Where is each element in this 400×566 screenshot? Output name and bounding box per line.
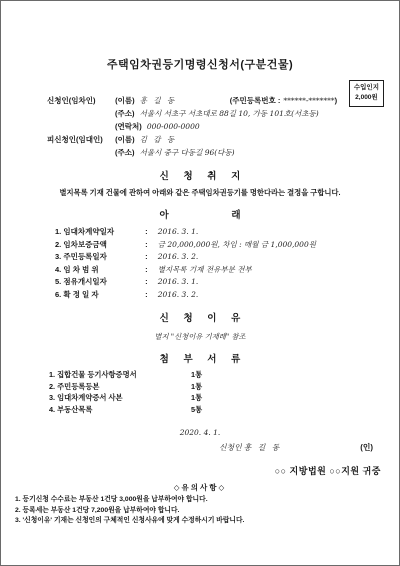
- note-item: 2. 등록세는 부동산 1건당 7,200원을 납부하여야 합니다.: [15, 506, 385, 517]
- respondent-role-label: 피신청인(임대인): [47, 133, 113, 146]
- respondent-address-value: 서울시 중구 다동길 96(다동): [140, 148, 235, 157]
- detail-colon: :: [145, 240, 148, 249]
- applicant-name-value: 홍 길 동: [140, 94, 202, 107]
- attachment-label: 1. 집합건물 등기사항증명서: [49, 369, 189, 381]
- signature-date: 2020. 4. 1.: [1, 428, 399, 437]
- attachments-heading-row: 첨 부 서 류: [1, 351, 399, 365]
- detail-label: 3. 주민등록일자: [55, 251, 143, 264]
- respondent-name-value: 김 갑 동: [140, 133, 202, 146]
- detail-value: 별지목록 기재 전유부분 전부: [158, 265, 252, 274]
- seal-mark: (인): [360, 442, 373, 453]
- applicant-id-label: (주민등록번호 :: [230, 96, 281, 105]
- detail-label: 6. 확 정 일 자: [55, 289, 143, 302]
- respondent-address-row: (주소) 서울시 중구 다동길 96(다동): [115, 146, 399, 159]
- detail-row-lease-scope: 4. 임 차 범 위 : 별지목록 기재 전유부분 전부: [55, 264, 399, 277]
- note-item: 1. 등기신청 수수료는 부동산 1건당 3,000원을 납부하여야 합니다.: [15, 495, 385, 506]
- stamp-amount: 2,000원: [354, 93, 379, 103]
- detail-colon: :: [145, 265, 148, 274]
- applicant-id-close: ): [335, 96, 338, 105]
- document-title: 주택임차권등기명령신청서(구분건물): [1, 1, 399, 72]
- reason-body: 별지 "신청이유 기재례" 참조: [1, 332, 399, 342]
- detail-colon: :: [145, 227, 148, 236]
- applicant-id-group: (주민등록번호 :******-*******): [230, 96, 340, 105]
- court-address-line: ○○ 지방법원 ○○지원 귀중: [1, 464, 399, 477]
- reason-heading: 신 청 이 유: [154, 313, 247, 324]
- attachment-label: 3. 임대차계약증서 사본: [49, 392, 189, 404]
- notes-list: 1. 등기신청 수수료는 부동산 1건당 3,000원을 납부하여야 합니다. …: [15, 495, 385, 527]
- applicant-address-row: (주소) 서울시 서초구 서초대로 88길 10, 가동 101호(서초동): [115, 107, 399, 120]
- application-form-page: 주택임차권등기명령신청서(구분건물) 수입인지 2,000원 신청인(임차인) …: [0, 0, 400, 566]
- attachments-list: 1. 집합건물 등기사항증명서 1통 2. 주민등록등본 1통 3. 임대차계약…: [49, 369, 399, 415]
- signature-applicant-name: 홍 길 동: [244, 443, 282, 452]
- note-item: 3. '신청이유' 기재는 신청인의 구체적인 신청사유에 맞게 수정하시기 바…: [15, 516, 385, 527]
- details-list: 1. 임대차계약일자 : 2016. 3. 1. 2. 임차보증금액 : 금 2…: [55, 226, 399, 301]
- attachment-count: 1통: [191, 393, 202, 402]
- applicant-contact-label: (연락처): [115, 122, 142, 131]
- attachments-heading: 첨 부 서 류: [154, 354, 247, 365]
- parties-section: 신청인(임차인) (이름) 홍 길 동 (주민등록번호 :******-****…: [47, 94, 399, 159]
- attachment-count: 1통: [191, 370, 202, 379]
- detail-label: 1. 임대차계약일자: [55, 226, 143, 239]
- purpose-heading: 신 청 취 지: [154, 171, 247, 182]
- attachment-row: 1. 집합건물 등기사항증명서 1통: [49, 369, 399, 381]
- detail-colon: :: [145, 290, 148, 299]
- applicant-contact-value: 000-000-0000: [147, 122, 200, 131]
- attachment-label: 2. 주민등록등본: [49, 381, 189, 393]
- stamp-label: 수입인지: [354, 83, 379, 93]
- attachment-row: 2. 주민등록등본 1통: [49, 381, 399, 393]
- detail-row-occupancy-date: 5. 점유개시일자 : 2016. 3. 1.: [55, 276, 399, 289]
- applicant-role-label: 신청인(임차인): [47, 94, 113, 107]
- detail-label: 2. 임차보증금액: [55, 239, 143, 252]
- detail-value: 2016. 3. 2.: [158, 252, 199, 261]
- signature-applicant-label: 신청인: [219, 443, 242, 452]
- revenue-stamp-box: 수입인지 2,000원: [349, 80, 384, 107]
- detail-colon: :: [145, 277, 148, 286]
- respondent-address-label: (주소): [115, 148, 135, 157]
- respondent-row: 피신청인(임대인) (이름) 김 갑 동: [47, 133, 399, 146]
- details-heading: 아 래: [130, 210, 271, 221]
- applicant-id-value: ******-*******: [283, 96, 334, 105]
- notes-heading: ◇유의사항◇: [1, 482, 399, 493]
- applicant-name-label: (이름): [115, 96, 135, 105]
- detail-row-deposit: 2. 임차보증금액 : 금 20,000,000원, 차임 : 매월 금 1,0…: [55, 239, 399, 252]
- details-heading-row: 아 래: [1, 207, 399, 221]
- detail-value: 2016. 3. 1.: [158, 227, 199, 236]
- signature-row: 신청인 홍 길 동 (인): [1, 442, 399, 453]
- attachment-row: 3. 임대차계약증서 사본 1통: [49, 392, 399, 404]
- detail-value: 2016. 3. 2.: [158, 290, 199, 299]
- reason-heading-row: 신 청 이 유: [1, 310, 399, 324]
- detail-colon: :: [145, 252, 148, 261]
- signature-name-group: 신청인 홍 길 동: [219, 442, 281, 453]
- attachment-count: 5통: [191, 405, 202, 414]
- purpose-body: 별지목록 기재 건물에 관하여 아래와 같은 주택임차권등기를 명한다라는 결정…: [1, 188, 399, 198]
- attachment-count: 1통: [191, 382, 202, 391]
- attachment-label: 4. 부동산목록: [49, 404, 189, 416]
- detail-label: 4. 임 차 범 위: [55, 264, 143, 277]
- detail-label: 5. 점유개시일자: [55, 276, 143, 289]
- applicant-address-label: (주소): [115, 109, 135, 118]
- detail-row-registration-date: 3. 주민등록일자 : 2016. 3. 2.: [55, 251, 399, 264]
- attachment-row: 4. 부동산목록 5통: [49, 404, 399, 416]
- applicant-row: 신청인(임차인) (이름) 홍 길 동 (주민등록번호 :******-****…: [47, 94, 399, 107]
- purpose-heading-row: 신 청 취 지: [1, 168, 399, 182]
- applicant-address-value: 서울시 서초구 서초대로 88길 10, 가동 101호(서초동): [140, 109, 319, 118]
- detail-value: 금 20,000,000원, 차임 : 매월 금 1,000,000원: [158, 240, 316, 249]
- respondent-name-label: (이름): [115, 135, 135, 144]
- detail-row-fixed-date: 6. 확 정 일 자 : 2016. 3. 2.: [55, 289, 399, 302]
- detail-row-contract-date: 1. 임대차계약일자 : 2016. 3. 1.: [55, 226, 399, 239]
- detail-value: 2016. 3. 1.: [158, 277, 199, 286]
- applicant-contact-row: (연락처) 000-000-0000: [115, 120, 399, 133]
